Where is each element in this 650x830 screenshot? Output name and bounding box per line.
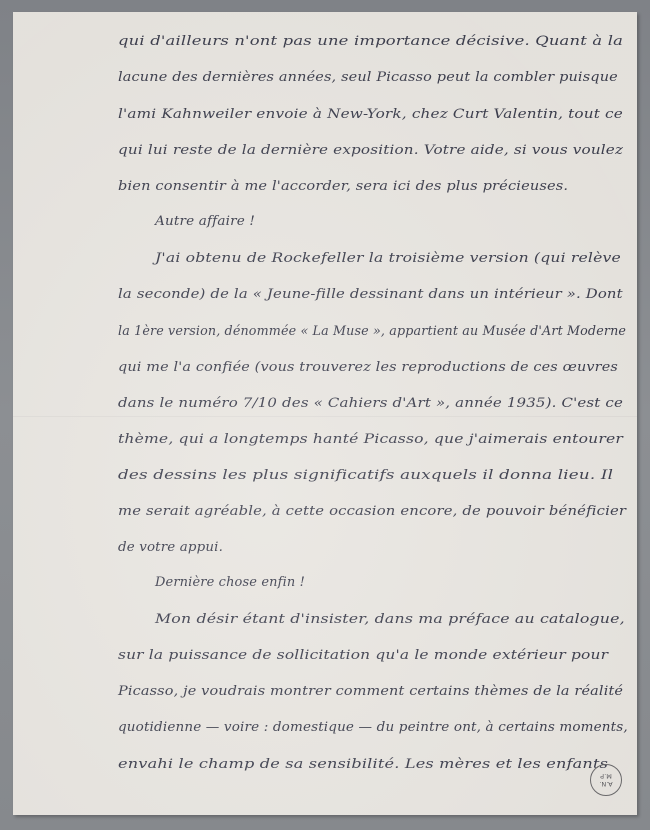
handwritten-line: la seconde) de la « Jeune-fille dessinan… xyxy=(118,287,623,302)
handwritten-line: Picasso, je voudrais montrer comment cer… xyxy=(118,684,623,699)
handwritten-line: l'ami Kahnweiler envoie à New-York, chez… xyxy=(118,107,623,122)
handwritten-line: envahi le champ de sa sensibilité. Les m… xyxy=(118,757,608,772)
letter-page: qui d'ailleurs n'ont pas une importance … xyxy=(13,12,637,815)
handwritten-line: qui lui reste de la dernière exposition.… xyxy=(118,143,623,158)
handwritten-text-body: qui d'ailleurs n'ont pas une importance … xyxy=(13,12,637,815)
handwritten-line: qui d'ailleurs n'ont pas une importance … xyxy=(118,34,623,49)
handwritten-line: qui me l'a confiée (vous trouverez les r… xyxy=(118,360,618,375)
handwritten-line: J'ai obtenu de Rockefeller la troisième … xyxy=(155,251,621,266)
handwritten-line: sur la puissance de sollicitation qu'a l… xyxy=(118,648,608,663)
handwritten-line: Dernière chose enfin ! xyxy=(155,575,305,590)
handwritten-line: me serait agréable, à cette occasion enc… xyxy=(118,504,626,519)
handwritten-line: Autre affaire ! xyxy=(155,214,255,229)
handwritten-line: quotidienne — voire : domestique — du pe… xyxy=(118,720,628,735)
handwritten-line: des dessins les plus significatifs auxqu… xyxy=(118,468,613,483)
stamp-text-line1: A.N. xyxy=(599,780,612,788)
handwritten-line: la 1ère version, dénommée « La Muse », a… xyxy=(118,324,626,339)
handwritten-line: thème, qui a longtemps hanté Picasso, qu… xyxy=(118,432,623,447)
handwritten-line: dans le numéro 7/10 des « Cahiers d'Art … xyxy=(118,396,623,411)
stamp-text-line2: M.P xyxy=(600,772,612,780)
handwritten-line: bien consentir à me l'accorder, sera ici… xyxy=(118,179,568,194)
archive-stamp: A.N. M.P xyxy=(590,764,622,796)
handwritten-line: lacune des dernières années, seul Picass… xyxy=(118,70,618,85)
handwritten-line: Mon désir étant d'insister, dans ma préf… xyxy=(155,612,625,627)
handwritten-line: de votre appui. xyxy=(118,540,223,555)
